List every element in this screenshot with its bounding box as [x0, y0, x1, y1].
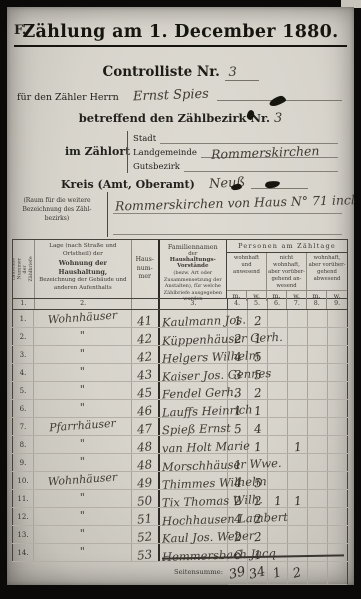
count-cell-m3: [308, 508, 328, 525]
zaehlort-row-stadt: Stadt: [133, 130, 338, 144]
subcolumn-header-anwesend: wohnhaft und anwesend: [227, 253, 267, 290]
district-label: betreffend den Zählbezirk Nr.: [79, 111, 270, 125]
location-cell: ": [34, 364, 132, 381]
column-number: 8.: [307, 299, 327, 309]
count-cell-m2: [268, 400, 288, 417]
location-entry: ": [34, 326, 132, 346]
zaehlort-row-gutsbezirk: Gutsbezirk: [133, 158, 338, 172]
count-cell-w3: [328, 328, 348, 345]
count-cell-w3: [328, 400, 348, 417]
location-entry: ": [34, 398, 132, 418]
household-head-cell: Lauffs Heinrich: [160, 400, 228, 417]
location-entry: ": [34, 452, 132, 472]
column-header-laufende-nummer: Laufende Nummer der Zählbriefe: [13, 240, 35, 298]
stadt-label: Stadt: [133, 134, 156, 144]
house-number-cell: 45: [132, 382, 160, 399]
count-cell-w3: [328, 490, 348, 507]
house-number-entry: 49: [137, 475, 154, 491]
column-header-hausnummer: Haus- num- mer: [132, 240, 160, 298]
location-cell: ": [34, 328, 132, 345]
row-number: 14.: [12, 544, 34, 561]
kreis-label: Kreis (Amt, Oberamt): [61, 178, 195, 191]
district-description-label: (Raum für die weitere Bezeichnung des Zä…: [13, 196, 101, 223]
house-number-cell: 48: [132, 436, 160, 453]
count-cell-w2: [288, 454, 308, 471]
control-list-table: Laufende Nummer der Zählbriefe Lage (nac…: [12, 239, 348, 585]
count-cell-m3: [308, 418, 328, 435]
household-head-cell: Helgers Wilhelm: [160, 346, 228, 363]
location-entry: Wohnhäuser: [34, 470, 132, 490]
house-number-entry: 46: [137, 403, 154, 419]
count-cell-m3: [308, 400, 328, 417]
location-cell: ": [34, 544, 132, 561]
sum-cell-w3: [328, 562, 348, 585]
count-cell-m3: [308, 310, 328, 327]
row-number: 6.: [12, 400, 34, 417]
count-cell-m2: 1: [268, 490, 288, 507]
page-title-text: Zählung am 1. December 1880.: [14, 22, 346, 47]
count-cell-m3: [308, 454, 328, 471]
house-number-cell: 52: [132, 526, 160, 543]
controlliste-line: Controlliste Nr. 3: [7, 64, 354, 81]
count-cell-w2: [288, 400, 308, 417]
sum-cell-m1: 39: [228, 562, 248, 585]
household-head-cell: Morschhäuser Wwe.: [160, 454, 228, 471]
table-row: 7. Pfarrhäuser 47 Spieß Ernst 5 4: [12, 418, 348, 436]
location-cell: ": [34, 346, 132, 363]
location-entry: ": [34, 380, 132, 400]
location-entry: Pfarrhäuser: [34, 416, 132, 436]
subcolumn-header-voruebergehend-anwesend: nicht wohnhaft, aber vorüber- gehend an-…: [267, 253, 307, 290]
zaehlort-block: im Zählort Stadt Landgemeinde Rommerskir…: [65, 130, 338, 174]
table-row: 10. Wohnhäuser 49 Thimmes Wilhelm 4 5: [12, 472, 348, 490]
count-cell-w2: [288, 472, 308, 489]
sum-cell-w2: 2: [288, 562, 308, 585]
count-cell-w3: [328, 418, 348, 435]
count-cell-w2: 1: [288, 490, 308, 507]
stadt-field: [160, 131, 338, 144]
house-number-entry: 52: [137, 529, 154, 545]
house-number-cell: 42: [132, 328, 160, 345]
house-number-entry: 41: [137, 313, 154, 329]
table-row: 14. " 53 Hemmersbach Jacq. 6 1: [12, 544, 348, 562]
column-header-familiennamen: Familiennamen der Haushaltungs-Vorstände…: [160, 240, 227, 298]
sum-cell-m2: 1: [268, 562, 288, 585]
count-cell-w3: [328, 508, 348, 525]
location-entry: ": [34, 488, 132, 508]
count-cell-w3: [328, 382, 348, 399]
count-cell-w3: [328, 346, 348, 363]
count-cell-m3: [308, 364, 328, 381]
count-cell-w2: [288, 544, 308, 561]
subcolumn-header-voruebergehend-abwesend: wohnhaft, aber vorüber- gehend abwesend: [307, 253, 347, 290]
count-cell-w1: 2: [248, 310, 268, 327]
sum-cell-w1: 34: [248, 562, 268, 585]
house-number-entry: 53: [137, 547, 154, 563]
house-number-entry: 47: [137, 421, 154, 437]
house-number-cell: 48: [132, 454, 160, 471]
row-number: 9.: [12, 454, 34, 471]
house-number-cell: 46: [132, 400, 160, 417]
house-number-entry: 48: [137, 457, 154, 473]
gutsbezirk-field: [184, 159, 338, 172]
column-number-row: 1. 2. 3. 4. 5. 6. 7. 8. 9.: [12, 299, 348, 310]
kreis-underline: [251, 188, 308, 189]
location-cell: ": [34, 436, 132, 453]
column-number: 4.: [228, 299, 248, 309]
household-head-cell: Kaulmann Jos.: [160, 310, 228, 327]
count-cell-m3: [308, 328, 328, 345]
district-description-value: Rommerskirchen von Haus N° 71 incl. 67: [115, 192, 354, 214]
landgemeinde-label: Landgemeinde: [133, 148, 197, 158]
table-row: 9. " 48 Morschhäuser Wwe. 1: [12, 454, 348, 472]
landgemeinde-field: Rommerskirchen: [201, 145, 338, 158]
row-number: 4.: [12, 364, 34, 381]
location-cell: ": [34, 400, 132, 417]
count-cell-w1: 2: [248, 382, 268, 399]
location-cell: ": [34, 490, 132, 507]
table-row: 1. Wohnhäuser 41 Kaulmann Jos. 1 2: [12, 310, 348, 328]
location-entry: ": [34, 506, 132, 526]
location-entry: ": [34, 524, 132, 544]
location-cell: ": [34, 508, 132, 525]
count-cell-w1: 1: [248, 436, 268, 453]
table-row: 8. " 48 van Holt Marie 1 1: [12, 436, 348, 454]
count-cell-m2: [268, 346, 288, 363]
count-cell-w2: [288, 526, 308, 543]
house-number-cell: 53: [132, 544, 160, 561]
table-row: 13. " 52 Kaul Jos. Weber 2 2: [12, 526, 348, 544]
column-number: 3.: [160, 299, 228, 309]
house-number-cell: 43: [132, 364, 160, 381]
column-number: [132, 299, 160, 309]
household-head-cell: Küppenhäuser Gerh.: [160, 328, 228, 345]
table-row: 12. " 51 Hochhausen Lambert 4 2: [12, 508, 348, 526]
count-cell-m3: [308, 490, 328, 507]
count-cell-m2: [268, 472, 288, 489]
page-sum-row: Seitensumme: 39 34 1 2: [12, 562, 348, 585]
count-cell-w3: [328, 364, 348, 381]
household-head-cell: Spieß Ernst: [160, 418, 228, 435]
location-entry: ": [34, 362, 132, 382]
count-cell-w3: [328, 526, 348, 543]
district-description-rule: [107, 192, 108, 237]
location-cell: ": [34, 526, 132, 543]
district-number-value: 3: [274, 111, 282, 126]
location-cell: Wohnhäuser: [34, 472, 132, 489]
count-cell-w3: [328, 472, 348, 489]
location-entry: ": [34, 434, 132, 454]
count-cell-w3: [328, 310, 348, 327]
house-number-cell: 42: [132, 346, 160, 363]
household-head-cell: Hochhausen Lambert: [160, 508, 228, 525]
count-cell-m2: [268, 418, 288, 435]
table-row: 2. " 42 Küppenhäuser Gerh. 2 1: [12, 328, 348, 346]
house-number-cell: 50: [132, 490, 160, 507]
gutsbezirk-label: Gutsbezirk: [133, 162, 180, 172]
enumerator-label: für den Zähler Herrn: [17, 92, 119, 103]
census-form-page: F. Zählung am 1. December 1880. Controll…: [7, 7, 354, 585]
table-row: 4. " 43 Kaiser Jos. Gennes 3 5: [12, 364, 348, 382]
household-head-entry: Spieß Ernst: [162, 421, 231, 437]
count-cell-w2: [288, 310, 308, 327]
count-cell-m2: [268, 526, 288, 543]
row-number: 11.: [12, 490, 34, 507]
count-cell-w2: 1: [288, 436, 308, 453]
personen-group-title: Personen am Zähltage: [227, 240, 347, 253]
count-cell-m2: [268, 310, 288, 327]
count-cell-w2: [288, 418, 308, 435]
enumerator-line: für den Zähler Herrn Ernst Spies: [17, 88, 342, 103]
house-number-entry: 45: [137, 385, 154, 401]
household-head-cell: Fendel Gerh.: [160, 382, 228, 399]
count-cell-w3: [328, 544, 348, 561]
zaehlort-brace-rule: [127, 131, 128, 173]
table-row: 6. " 46 Lauffs Heinrich 1 1: [12, 400, 348, 418]
district-description-block: (Raum für die weitere Bezeichnung des Zä…: [13, 192, 346, 238]
count-cell-m3: [308, 382, 328, 399]
house-number-entry: 51: [137, 511, 154, 527]
zaehlort-row-landgemeinde: Landgemeinde Rommerskirchen: [133, 144, 338, 158]
count-cell-m2: [268, 436, 288, 453]
count-cell-w2: [288, 346, 308, 363]
sum-label: Seitensumme:: [12, 562, 228, 585]
column-number: 6.: [268, 299, 288, 309]
count-cell-m3: [308, 472, 328, 489]
house-number-entry: 50: [137, 493, 154, 509]
count-cell-w1: 4: [248, 418, 268, 435]
household-head-cell: Kaiser Jos. Gennes: [160, 364, 228, 381]
location-cell: Wohnhäuser: [34, 310, 132, 327]
location-entry: ": [34, 542, 132, 562]
column-number: 9.: [327, 299, 347, 309]
count-cell-w2: [288, 364, 308, 381]
household-head-cell: Kaul Jos. Weber: [160, 526, 228, 543]
ruled-line: [113, 213, 342, 214]
location-entry: Wohnhäuser: [34, 308, 132, 328]
row-number: 1.: [12, 310, 34, 327]
location-cell: Pfarrhäuser: [34, 418, 132, 435]
location-entry: ": [34, 344, 132, 364]
row-number: 8.: [12, 436, 34, 453]
household-head-cell: Tix Thomas Wilh.: [160, 490, 228, 507]
table-body: 1. Wohnhäuser 41 Kaulmann Jos. 1 2 2. " …: [12, 310, 348, 562]
count-cell-w3: [328, 454, 348, 471]
house-number-entry: 48: [137, 439, 154, 455]
district-line: betreffend den Zählbezirk Nr. 3: [7, 111, 354, 126]
table-header: Laufende Nummer der Zählbriefe Lage (nac…: [12, 239, 348, 299]
household-head-cell: van Holt Marie: [160, 436, 228, 453]
row-number: 12.: [12, 508, 34, 525]
row-number: 10.: [12, 472, 34, 489]
table-row: 5. " 45 Fendel Gerh. 3 2: [12, 382, 348, 400]
controlliste-label: Controlliste Nr.: [102, 64, 219, 80]
table-row: 3. " 42 Helgers Wilhelm 4 5: [12, 346, 348, 364]
count-cell-m3: [308, 436, 328, 453]
controlliste-number-field: 3: [225, 64, 259, 81]
count-cell-w2: [288, 328, 308, 345]
house-number-cell: 41: [132, 310, 160, 327]
location-cell: ": [34, 454, 132, 471]
count-cell-w2: [288, 382, 308, 399]
controlliste-number-value: 3: [229, 65, 237, 80]
sum-cell-m3: [308, 562, 328, 585]
enumerator-name: Ernst Spies: [133, 87, 209, 105]
house-number-cell: 49: [132, 472, 160, 489]
ruled-line: [113, 234, 342, 235]
count-cell-w3: [328, 436, 348, 453]
column-header-lage: Lage (nach Straße und Ortstheil) der Woh…: [35, 240, 132, 298]
count-cell-m3: [308, 526, 328, 543]
column-number: 7.: [287, 299, 307, 309]
house-number-entry: 42: [137, 349, 154, 365]
house-number-entry: 42: [137, 331, 154, 347]
column-number: 1.: [13, 299, 35, 309]
table-row: 11. " 50 Tix Thomas Wilh. 2 2 1 1: [12, 490, 348, 508]
count-cell-w2: [288, 508, 308, 525]
column-group-personen: Personen am Zähltage wohnhaft und anwese…: [227, 240, 347, 298]
house-number-cell: 47: [132, 418, 160, 435]
count-cell-m3: [308, 346, 328, 363]
row-number: 2.: [12, 328, 34, 345]
row-number: 5.: [12, 382, 34, 399]
row-number: 3.: [12, 346, 34, 363]
row-number: 13.: [12, 526, 34, 543]
household-head-cell: Thimmes Wilhelm: [160, 472, 228, 489]
zaehlort-label: im Zählort: [65, 145, 130, 158]
household-head-entry: Fendel Gerh.: [162, 385, 238, 402]
house-number-cell: 51: [132, 508, 160, 525]
location-cell: ": [34, 382, 132, 399]
page-title: Zählung am 1. December 1880.: [7, 22, 354, 47]
row-number: 7.: [12, 418, 34, 435]
column-number: 5.: [248, 299, 268, 309]
count-cell-m3: [308, 544, 328, 561]
house-number-entry: 43: [137, 367, 154, 383]
count-cell-m2: [268, 382, 288, 399]
